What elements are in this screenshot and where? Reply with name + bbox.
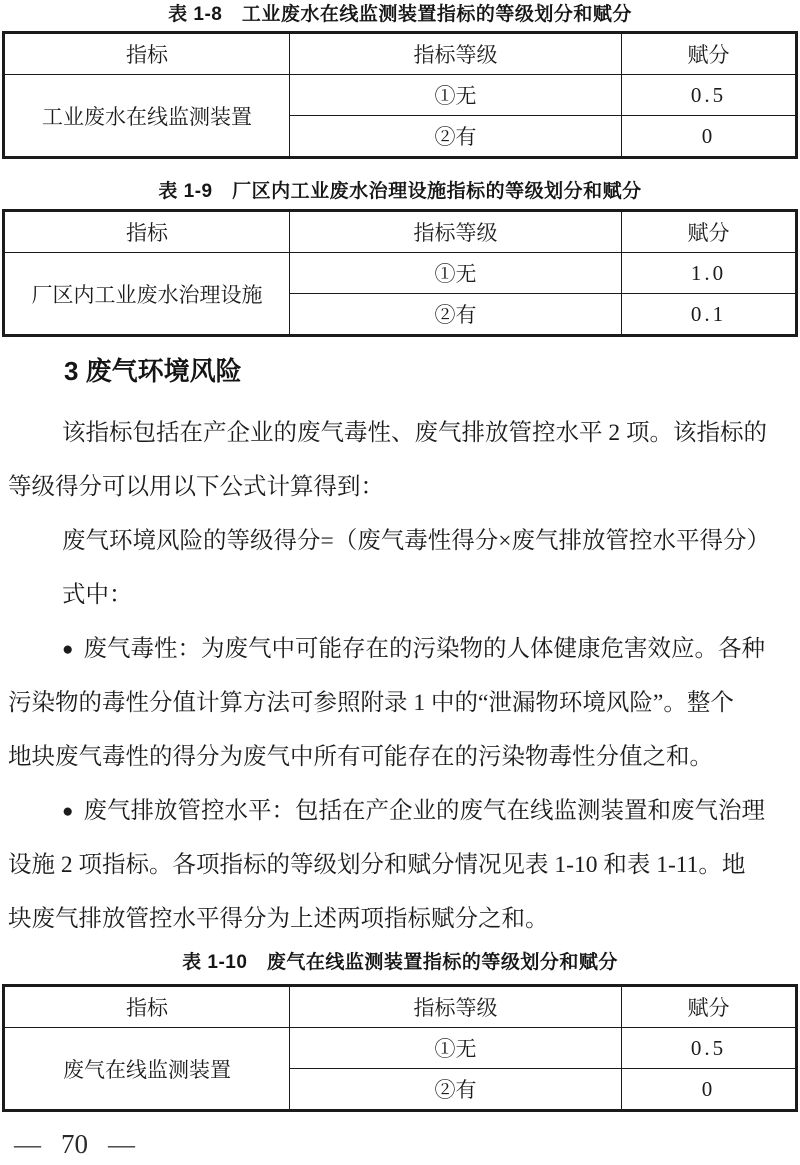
grade-cell: ①无: [290, 75, 622, 116]
table-1-9-header-row: 指标 指标等级 赋分: [5, 212, 796, 253]
bullet-line: ●废气排放管控水平：包括在产企业的废气在线监测装置和废气治理: [8, 784, 800, 838]
table-1-10: 指标 指标等级 赋分 废气在线监测装置 ①无 0.5 ②有 0: [2, 984, 798, 1112]
paragraph-line: 块废气排放管控水平得分为上述两项指标赋分之和。: [8, 892, 800, 946]
section-body: 该指标包括在产企业的废气毒性、废气排放管控水平 2 项。该指标的 等级得分可以用…: [8, 406, 800, 946]
grade-cell: ①无: [290, 1028, 622, 1069]
column-header-score: 赋分: [622, 34, 796, 75]
table-row: 工业废水在线监测装置 ①无 0.5: [5, 75, 796, 116]
table-1-9: 指标 指标等级 赋分 厂区内工业废水治理设施 ①无 1.0 ②有 0.1: [2, 209, 798, 337]
score-cell: 0: [622, 116, 796, 157]
document-page: 表 1-8 工业废水在线监测装置指标的等级划分和赋分 指标 指标等级 赋分 工业…: [0, 0, 800, 1165]
page-number-dash-left: —: [14, 1129, 41, 1160]
column-header-grade: 指标等级: [290, 34, 622, 75]
paragraph-line: 式中：: [8, 568, 800, 622]
table-1-8: 指标 指标等级 赋分 工业废水在线监测装置 ①无 0.5 ②有 0: [2, 31, 798, 159]
column-header-score: 赋分: [622, 212, 796, 253]
table-1-10-title: 表 1-10 废气在线监测装置指标的等级划分和赋分: [0, 951, 800, 975]
grade-cell: ②有: [290, 116, 622, 157]
column-header-indicator: 指标: [5, 34, 290, 75]
column-header-score: 赋分: [622, 987, 796, 1028]
paragraph-line: 等级得分可以用以下公式计算得到：: [8, 460, 800, 514]
grade-cell: ②有: [290, 294, 622, 335]
bullet-line-text: 废气毒性：为废气中可能存在的污染物的人体健康危害效应。各种: [83, 636, 765, 662]
bullet-icon: ●: [62, 785, 73, 839]
indicator-cell: 废气在线监测装置: [5, 1028, 290, 1110]
score-cell: 0.1: [622, 294, 796, 335]
bullet-line-text: 废气排放管控水平：包括在产企业的废气在线监测装置和废气治理: [83, 798, 765, 824]
column-header-grade: 指标等级: [290, 212, 622, 253]
bullet-line: ●废气毒性：为废气中可能存在的污染物的人体健康危害效应。各种: [8, 622, 800, 676]
score-cell: 1.0: [622, 253, 796, 294]
bullet-icon: ●: [62, 623, 73, 677]
paragraph-line: 地块废气毒性的得分为废气中所有可能存在的污染物毒性分值之和。: [8, 730, 800, 784]
grade-cell: ②有: [290, 1069, 622, 1110]
indicator-cell: 厂区内工业废水治理设施: [5, 253, 290, 335]
table-1-8-header-row: 指标 指标等级 赋分: [5, 34, 796, 75]
score-cell: 0: [622, 1069, 796, 1110]
column-header-indicator: 指标: [5, 987, 290, 1028]
table-1-10-header-row: 指标 指标等级 赋分: [5, 987, 796, 1028]
grade-cell: ①无: [290, 253, 622, 294]
table-1-9-title: 表 1-9 厂区内工业废水治理设施指标的等级划分和赋分: [0, 180, 800, 204]
paragraph-line: 该指标包括在产企业的废气毒性、废气排放管控水平 2 项。该指标的: [8, 406, 800, 460]
formula-line: 废气环境风险的等级得分=（废气毒性得分×废气排放管控水平得分）: [8, 514, 800, 568]
page-number-value: 70: [61, 1129, 88, 1160]
column-header-grade: 指标等级: [290, 987, 622, 1028]
score-cell: 0.5: [622, 1028, 796, 1069]
section-heading: 3 废气环境风险: [64, 354, 242, 388]
page-number: — 70 —: [14, 1124, 135, 1164]
table-row: 废气在线监测装置 ①无 0.5: [5, 1028, 796, 1069]
score-cell: 0.5: [622, 75, 796, 116]
paragraph-line: 污染物的毒性分值计算方法可参照附录 1 中的“泄漏物环境风险”。整个: [8, 676, 800, 730]
paragraph-line: 设施 2 项指标。各项指标的等级划分和赋分情况见表 1-10 和表 1-11。地: [8, 838, 800, 892]
table-1-8-title: 表 1-8 工业废水在线监测装置指标的等级划分和赋分: [0, 3, 800, 27]
table-row: 厂区内工业废水治理设施 ①无 1.0: [5, 253, 796, 294]
indicator-cell: 工业废水在线监测装置: [5, 75, 290, 157]
column-header-indicator: 指标: [5, 212, 290, 253]
page-number-dash-right: —: [108, 1129, 135, 1160]
